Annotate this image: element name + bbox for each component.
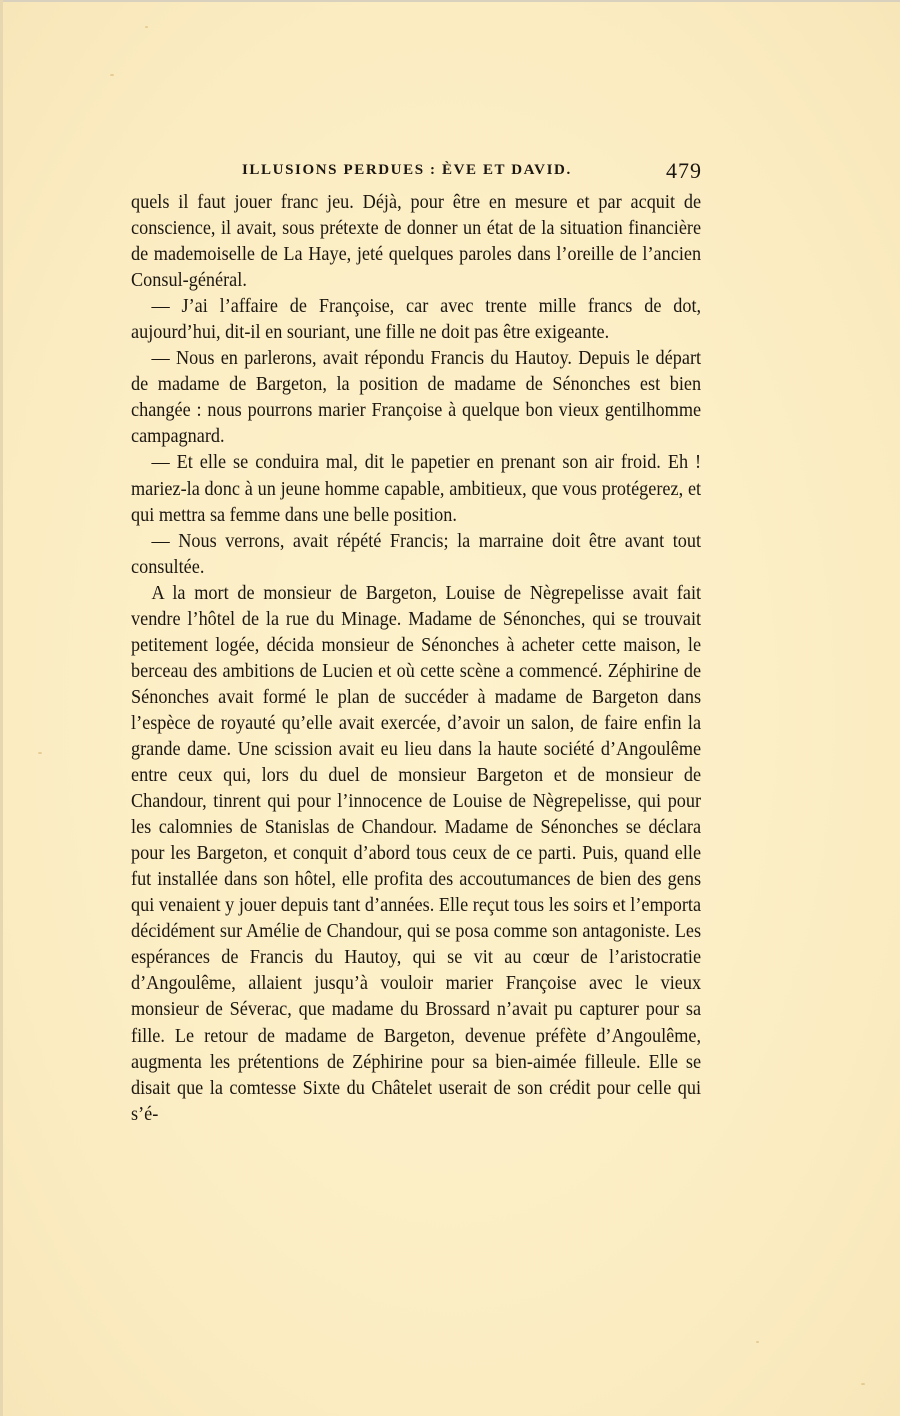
running-title: ILLUSIONS PERDUES : ÈVE ET DAVID.	[242, 162, 572, 179]
page-number: 479	[666, 158, 702, 184]
running-header: ILLUSIONS PERDUES : ÈVE ET DAVID. 479	[130, 160, 702, 186]
body-text: quels il faut jouer franc jeu. Déjà, pou…	[131, 190, 701, 1128]
paragraph: — Et elle se conduira mal, dit le papeti…	[131, 450, 701, 528]
page-left-edge	[0, 0, 3, 1416]
page-top-edge	[0, 0, 900, 2]
paper-speck	[38, 752, 42, 754]
paper-speck	[110, 74, 114, 76]
paragraph: quels il faut jouer franc jeu. Déjà, pou…	[131, 190, 701, 294]
paragraph: — J’ai l’affaire de Françoise, car avec …	[131, 294, 701, 346]
paper-speck	[145, 26, 148, 28]
paragraph: — Nous verrons, avait répété Francis; la…	[131, 529, 701, 581]
paper-speck	[861, 1383, 865, 1385]
paragraph: — Nous en parlerons, avait répondu Franc…	[131, 346, 701, 450]
book-page: ILLUSIONS PERDUES : ÈVE ET DAVID. 479 qu…	[0, 0, 900, 1416]
paper-speck	[756, 1341, 759, 1343]
paragraph: A la mort de monsieur de Bargeton, Louis…	[131, 581, 701, 1128]
